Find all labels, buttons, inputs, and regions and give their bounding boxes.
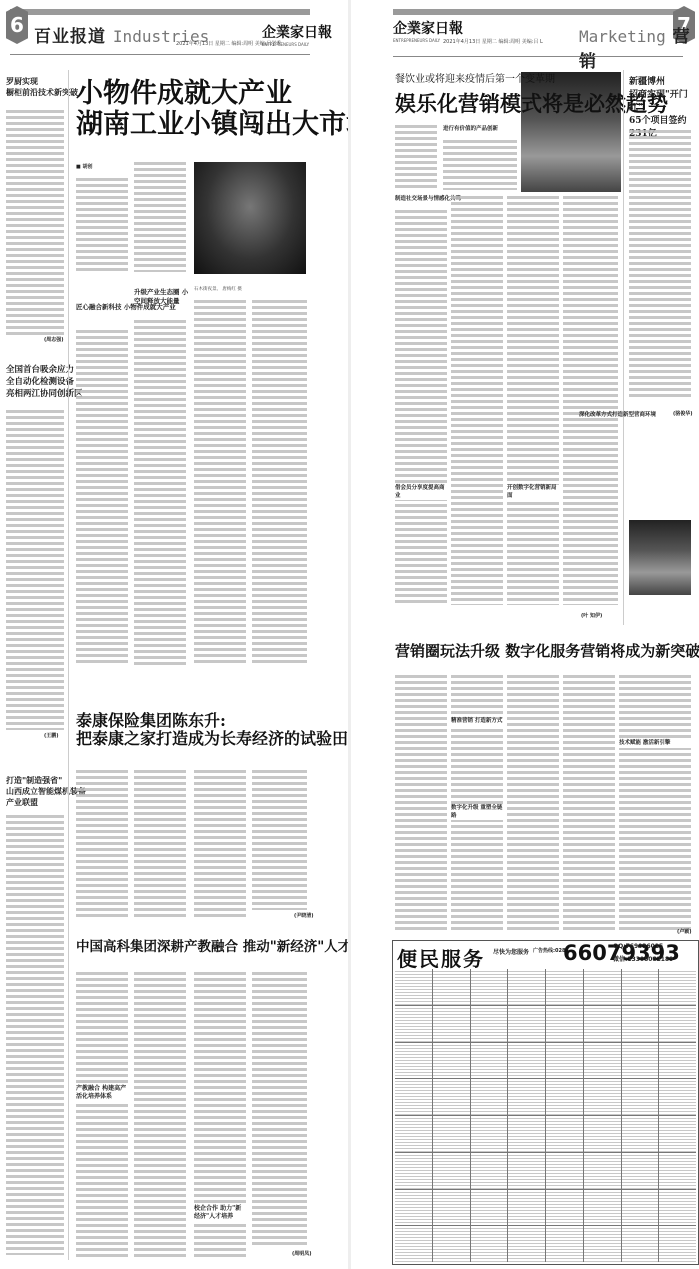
column-rule: [623, 70, 624, 625]
article-body: [6, 815, 64, 1255]
section-en: Marketing: [579, 27, 666, 46]
section-title: Marketing 营销: [579, 22, 699, 72]
article-body: [395, 210, 447, 605]
article-body: [76, 770, 128, 920]
article-body: [629, 130, 691, 400]
lead-photo: [521, 72, 621, 192]
subhead: 技术赋能 激活新引擎: [619, 740, 691, 748]
header-divider: [10, 54, 310, 55]
photo-caption: 石木街夜景。 唐梅红 摄: [194, 286, 242, 292]
article-body: [395, 675, 447, 930]
article-body: [134, 972, 186, 1257]
article-body: [563, 675, 615, 930]
article-body: [76, 972, 128, 1257]
subhead: 产教融合 构建高产活化培养体系: [76, 1085, 128, 1102]
article-body: [252, 972, 307, 1247]
subhead: 精准营销 打造新方式: [451, 718, 503, 726]
masthead-en: ENTREPRENEURS DAILY: [262, 42, 309, 47]
subhead: 校企合作 助力"新经济"人才培养: [194, 1205, 246, 1222]
article-photo: [629, 520, 691, 595]
article-body: [194, 300, 246, 665]
article-author: (周明凤): [292, 1250, 312, 1257]
article-author: (卢颖): [677, 928, 692, 935]
article-body: [134, 320, 186, 665]
article-body: [619, 675, 691, 930]
subhead: 开创数字化营销新局面: [507, 485, 559, 500]
section-cn: 百业报道: [34, 27, 106, 47]
article-body: [451, 675, 503, 930]
article-kicker: 餐饮业或将迎来疫情后第一个变革期: [395, 74, 555, 86]
dateline: 2021年4月13日 星期二 编辑:周明 美编:吕 L: [443, 38, 543, 45]
masthead-logo: 企業家日報: [393, 18, 463, 38]
article-author: (骆俊华): [673, 410, 693, 417]
ad-qq: QQ:769036015: [613, 943, 663, 950]
lead-headline: 小物件成就大产业 湖南工业小镇闯出大市场: [76, 78, 373, 140]
classified-ad: 便民服务 尽快为您服务 广告热线:028- 66079393 QQ:769036…: [392, 940, 699, 1265]
ad-title: 便民服务: [397, 943, 485, 972]
article-headline: 泰康保险集团陈东升: 把泰康之家打造成为长寿经济的试验田: [76, 712, 348, 749]
lead-photo: [194, 162, 306, 274]
article-author: (周志强): [44, 336, 64, 343]
header-divider: [393, 56, 683, 57]
header-rule: [10, 9, 310, 15]
left-page: 6 百业报道 Industries 2021年4月13日 星期二 编辑:周明 美…: [0, 0, 348, 1269]
article-body: [252, 770, 307, 910]
article-headline: 营销圈玩法升级 数字化服务营销将成为新突破点: [395, 643, 699, 660]
ad-slogan: 尽快为您服务: [493, 947, 529, 956]
article-body: [194, 770, 246, 920]
masthead-en: ENTREPRENEURS DAILY: [393, 38, 440, 43]
article-headline: 中国高科集团深耕产教融合 推动"新经济"人才培养: [76, 940, 378, 956]
ad-listings-grid: [395, 969, 696, 1262]
article-body: [76, 330, 128, 665]
article-author: (叶 知伊): [581, 612, 602, 619]
subhead: 升级产业生态圈 小空间释放大能量: [134, 288, 189, 306]
article-body: [6, 410, 64, 730]
article-body: [6, 110, 64, 335]
subhead: 进行有价值的产品创新: [443, 126, 498, 134]
article-body: [507, 675, 559, 930]
article-body: [443, 140, 517, 190]
article-author: (王鹏): [44, 732, 59, 739]
page-number-badge: 6: [6, 6, 28, 44]
article-author: (尹晓清): [294, 912, 314, 919]
article-body: [507, 196, 559, 605]
subhead: 深化改革方式打造新型营商环境: [579, 412, 656, 420]
article-body: [134, 770, 186, 920]
article-body: [76, 178, 128, 273]
article-body: [252, 300, 307, 665]
header-rule: [393, 9, 683, 15]
masthead-logo: 企業家日報: [262, 22, 332, 42]
article-body: [563, 196, 618, 605]
article-body: [134, 162, 186, 272]
article-title: 打造"制造强省" 山西成立智能煤机装备 产业联盟: [6, 775, 86, 809]
subhead: 借会员分享度提高商业: [395, 485, 447, 500]
ad-wechat: 微信:13308082189: [613, 954, 673, 963]
article-byline: ■ 胡创: [76, 163, 92, 170]
article-body: [395, 125, 437, 190]
subhead: 数字化升级 重塑全链路: [451, 805, 503, 820]
article-title: 全国首台吸余应力 全自动化检测设备 亮相两江协同创新区: [6, 365, 83, 401]
column-rule: [68, 70, 69, 1260]
article-body: [451, 196, 503, 605]
lead-headline: 娱乐化营销模式将是必然趋势: [395, 92, 668, 116]
